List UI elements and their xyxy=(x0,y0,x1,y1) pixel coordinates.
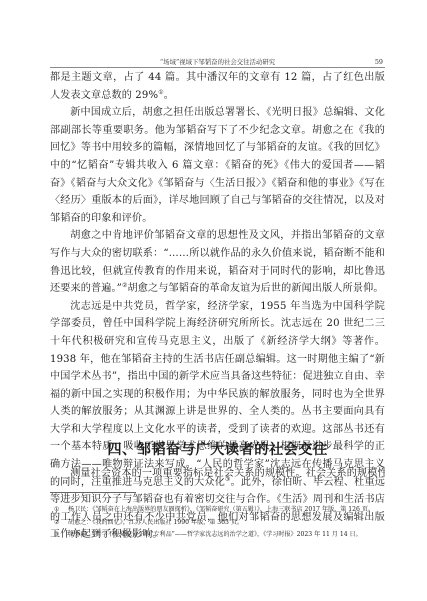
running-header: “场域”视域下邹韬奋的社会交往活动研究 59 xyxy=(50,57,385,67)
footnote-rule xyxy=(50,492,136,493)
section-first-line: 测量社会资本的一项重要指标是社会关系的规模性。社会关系的规模性与社会交往 xyxy=(50,465,385,483)
footnote-text: 张秀莉：《哲学不是知识分子的“专利品”——哲学家沈志远的治学之道》，《学习时报》… xyxy=(68,529,362,542)
paragraph-text-after: 胡愈之与邹韬奋的革命友谊为后世的新闻出版人所景仰。 xyxy=(128,283,384,294)
footnote-text: 胡愈之：《我的回忆》，江苏人民出版社 1990 年版，第 363 页。 xyxy=(68,517,243,530)
section-body: 测量社会资本的一项重要指标是社会关系的规模性。社会关系的规模性与社会交往 xyxy=(50,465,385,483)
paragraph-3: 胡愈之中肯地评价邹韬奋文章的思想性及文风，并指出邹韬奋的文章写作与大众的密切联系… xyxy=(50,227,385,297)
paragraph-2: 新中国成立后，胡愈之担任出版总署署长、《光明日报》总编辑、文化部副部长等重要职务… xyxy=(50,104,385,227)
footnote-mark: ① xyxy=(54,504,68,517)
paragraph-text: 都是主题文章，占了 44 篇。其中潘汉年的文章有 12 篇，占了红色出版人发表文… xyxy=(50,72,385,101)
paragraph-1: 都是主题文章，占了 44 篇。其中潘汉年的文章有 12 篇，占了红色出版人发表文… xyxy=(50,69,385,104)
document-page: “场域”视域下邹韬奋的社会交往活动研究 59 都是主题文章，占了 44 篇。其中… xyxy=(0,0,427,601)
paragraph-text: 新中国成立后，胡愈之担任出版总署署长、《光明日报》总编辑、文化部副部长等重要职务… xyxy=(50,107,385,224)
page-number: 59 xyxy=(375,57,383,67)
header-rule xyxy=(50,67,385,68)
footnote-mark: ③ xyxy=(54,529,68,542)
paragraph-text-after: 。 xyxy=(164,90,174,101)
footnote-1: ① 杨卫民：《邹韬奋在上海出版界的朋友圈探析》，《邹韬奋研究（第五辑）》，上海三… xyxy=(54,504,389,517)
running-title: “场域”视域下邹韬奋的社会交往活动研究 xyxy=(50,57,385,67)
footnote-text: 杨卫民：《邹韬奋在上海出版界的朋友圈探析》，《邹韬奋研究（第五辑）》，上海三联书… xyxy=(68,504,374,517)
section-heading: 四、邹韬奋与广大读者的社会交往 xyxy=(50,439,385,461)
footnote-2: ② 胡愈之：《我的回忆》，江苏人民出版社 1990 年版，第 363 页。 xyxy=(54,517,389,530)
footnote-3: ③ 张秀莉：《哲学不是知识分子的“专利品”——哲学家沈志远的治学之道》，《学习时… xyxy=(54,529,389,542)
footnote-mark: ② xyxy=(54,517,68,530)
footnotes: ① 杨卫民：《邹韬奋在上海出版界的朋友圈探析》，《邹韬奋研究（第五辑）》，上海三… xyxy=(54,504,389,542)
